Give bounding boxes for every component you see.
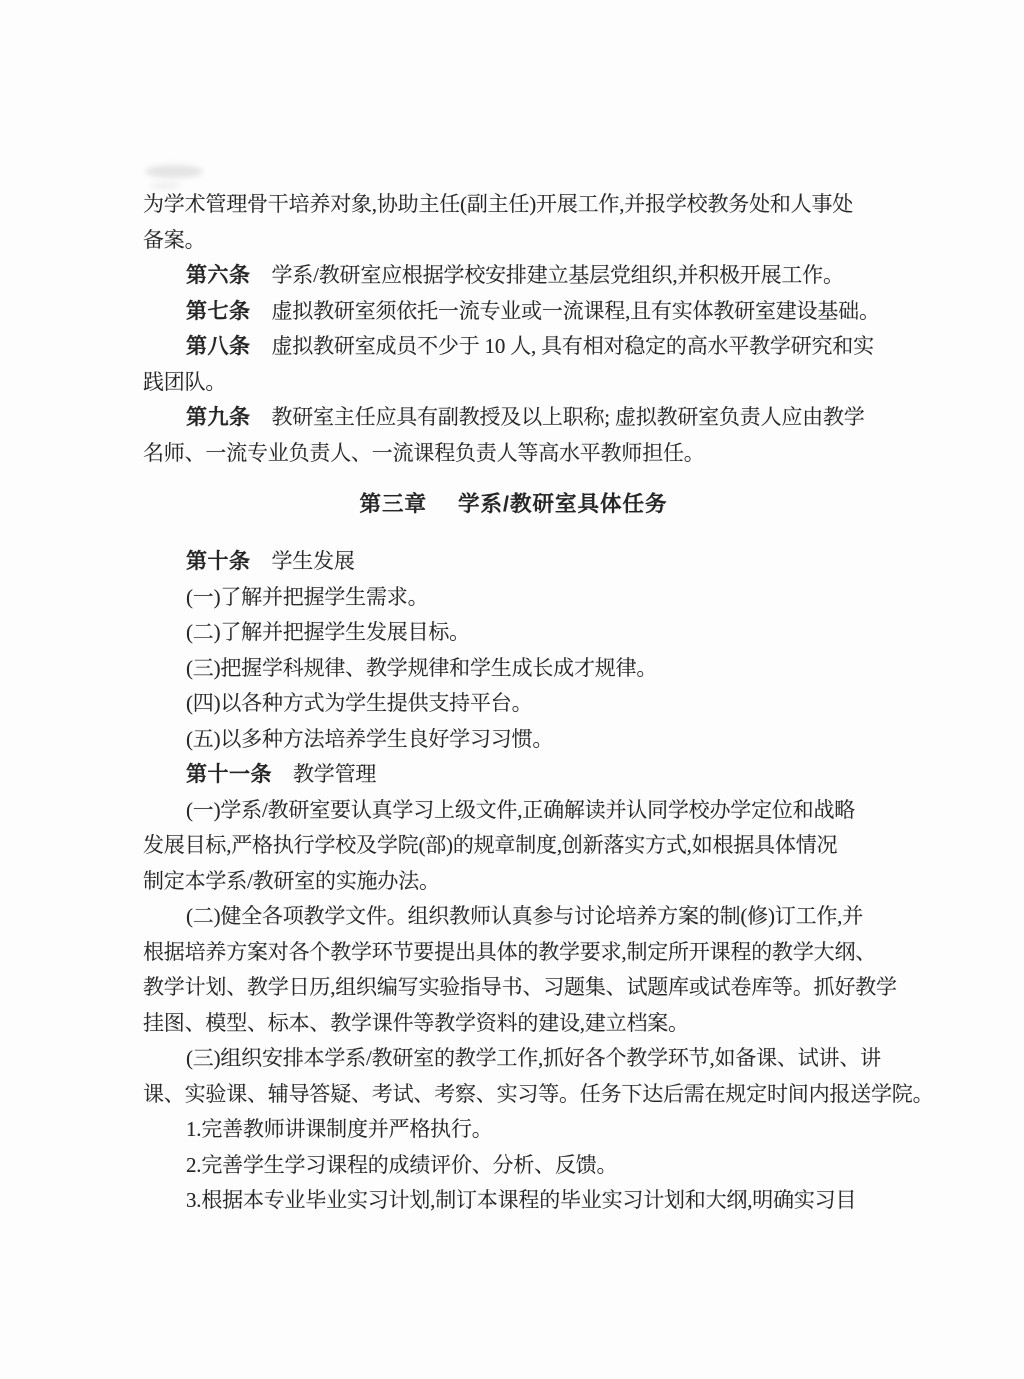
line-text: 根据培养方案对各个教学环节要提出具体的教学要求,制定所开课程的教学大纲、 [143, 940, 876, 964]
text-line-article-10: 第十条学生发展 [143, 544, 884, 580]
line-text: 学生发展 [272, 549, 355, 573]
line-text: 践团队。 [143, 370, 226, 394]
line-text: 学系/教研室应根据学校安排建立基层党组织,并积极开展工作。 [272, 263, 844, 287]
line-text: 教研室主任应具有副教授及以上职称; 虚拟教研室负责人应由教学 [272, 405, 865, 429]
chapter-number: 第三章 [360, 492, 428, 516]
line-text: 名师、一流专业负责人、一流课程负责人等高水平教师担任。 [143, 441, 705, 465]
text-line: 践团队。 [143, 365, 884, 401]
line-text: (四)以各种方式为学生提供支持平台。 [186, 691, 532, 715]
chapter-heading: 第三章学系/教研室具体任务 [143, 487, 884, 523]
line-text: (三)组织安排本学系/教研室的教学工作,抓好各个教学环节,如备课、试讲、讲 [186, 1046, 881, 1070]
line-text: 虚拟教研室须依托一流专业或一流课程,且有实体教研室建设基础。 [272, 299, 880, 323]
text-line-article-8: 第八条虚拟教研室成员不少于 10 人, 具有相对稳定的高水平教学研究和实 [143, 329, 884, 365]
line-text: (五)以多种方法培养学生良好学习习惯。 [186, 727, 553, 751]
line-text: 挂图、模型、标本、教学课件等教学资料的建设,建立档案。 [143, 1011, 689, 1035]
text-line-article-9: 第九条教研室主任应具有副教授及以上职称; 虚拟教研室负责人应由教学 [143, 400, 884, 436]
line-text: (二)健全各项教学文件。组织教师认真参与讨论培养方案的制(修)订工作,并 [186, 904, 863, 928]
article-label: 第八条 [186, 335, 251, 358]
text-line: (一)了解并把握学生需求。 [143, 580, 884, 616]
article-label: 第十一条 [186, 763, 272, 786]
text-line: (二)了解并把握学生发展目标。 [143, 615, 884, 651]
text-line: 为学术管理骨干培养对象,协助主任(副主任)开展工作,并报学校教务处和人事处 [143, 187, 884, 223]
text-line: 发展目标,严格执行学校及学院(部)的规章制度,创新落实方式,如根据具体情况 [143, 828, 884, 864]
text-line-article-7: 第七条虚拟教研室须依托一流专业或一流课程,且有实体教研室建设基础。 [143, 294, 884, 330]
scan-smudge [145, 165, 203, 178]
line-text: 3.根据本专业毕业实习计划,制订本课程的毕业实习计划和大纲,明确实习目 [186, 1188, 856, 1212]
line-text: 制定本学系/教研室的实施办法。 [143, 869, 440, 893]
line-text: 教学计划、教学日历,组织编写实验指导书、习题集、试题库或试卷库等。抓好教学 [143, 975, 897, 999]
text-line: 教学计划、教学日历,组织编写实验指导书、习题集、试题库或试卷库等。抓好教学 [143, 970, 884, 1006]
line-text: 课、实验课、辅导答疑、考试、考察、实习等。任务下达后需在规定时间内报送学院。 [143, 1082, 933, 1106]
chapter-title: 学系/教研室具体任务 [458, 492, 667, 516]
article-label: 第十条 [186, 550, 251, 573]
text-line: (三)把握学科规律、教学规律和学生成长成才规律。 [143, 651, 884, 687]
line-text: 2.完善学生学习课程的成绩评价、分析、反馈。 [186, 1153, 617, 1177]
text-line: (四)以各种方式为学生提供支持平台。 [143, 686, 884, 722]
article-label: 第七条 [186, 300, 251, 323]
document-page: 为学术管理骨干培养对象,协助主任(副主任)开展工作,并报学校教务处和人事处 备案… [0, 0, 1024, 1379]
text-line: (五)以多种方法培养学生良好学习习惯。 [143, 722, 884, 758]
line-text: 1.完善教师讲课制度并严格执行。 [186, 1117, 493, 1141]
line-text: (三)把握学科规律、教学规律和学生成长成才规律。 [186, 656, 657, 680]
text-line: (三)组织安排本学系/教研室的教学工作,抓好各个教学环节,如备课、试讲、讲 [143, 1041, 884, 1077]
text-line: 课、实验课、辅导答疑、考试、考察、实习等。任务下达后需在规定时间内报送学院。 [143, 1077, 884, 1113]
text-line-article-11: 第十一条教学管理 [143, 757, 884, 793]
line-text: 发展目标,严格执行学校及学院(部)的规章制度,创新落实方式,如根据具体情况 [143, 833, 837, 857]
line-text: 为学术管理骨干培养对象,协助主任(副主任)开展工作,并报学校教务处和人事处 [143, 192, 853, 216]
document-body: 为学术管理骨干培养对象,协助主任(副主任)开展工作,并报学校教务处和人事处 备案… [143, 187, 884, 1219]
line-text: (一)了解并把握学生需求。 [186, 585, 428, 609]
line-text: (一)学系/教研室要认真学习上级文件,正确解读并认同学校办学定位和战略 [186, 798, 855, 822]
text-line: 名师、一流专业负责人、一流课程负责人等高水平教师担任。 [143, 436, 884, 472]
line-text: (二)了解并把握学生发展目标。 [186, 620, 470, 644]
text-line: 挂图、模型、标本、教学课件等教学资料的建设,建立档案。 [143, 1006, 884, 1042]
text-line: 1.完善教师讲课制度并严格执行。 [143, 1112, 884, 1148]
text-line-article-6: 第六条学系/教研室应根据学校安排建立基层党组织,并积极开展工作。 [143, 258, 884, 294]
article-label: 第六条 [186, 264, 251, 287]
text-line: 2.完善学生学习课程的成绩评价、分析、反馈。 [143, 1148, 884, 1184]
text-line: 根据培养方案对各个教学环节要提出具体的教学要求,制定所开课程的教学大纲、 [143, 935, 884, 971]
line-text: 备案。 [143, 228, 205, 252]
text-line: (一)学系/教研室要认真学习上级文件,正确解读并认同学校办学定位和战略 [143, 793, 884, 829]
text-line: 备案。 [143, 223, 884, 259]
text-line: (二)健全各项教学文件。组织教师认真参与讨论培养方案的制(修)订工作,并 [143, 899, 884, 935]
text-line: 制定本学系/教研室的实施办法。 [143, 864, 884, 900]
line-text: 教学管理 [293, 762, 376, 786]
line-text: 虚拟教研室成员不少于 10 人, 具有相对稳定的高水平教学研究和实 [272, 334, 874, 358]
text-line: 3.根据本专业毕业实习计划,制订本课程的毕业实习计划和大纲,明确实习目 [143, 1183, 884, 1219]
article-label: 第九条 [186, 406, 251, 429]
